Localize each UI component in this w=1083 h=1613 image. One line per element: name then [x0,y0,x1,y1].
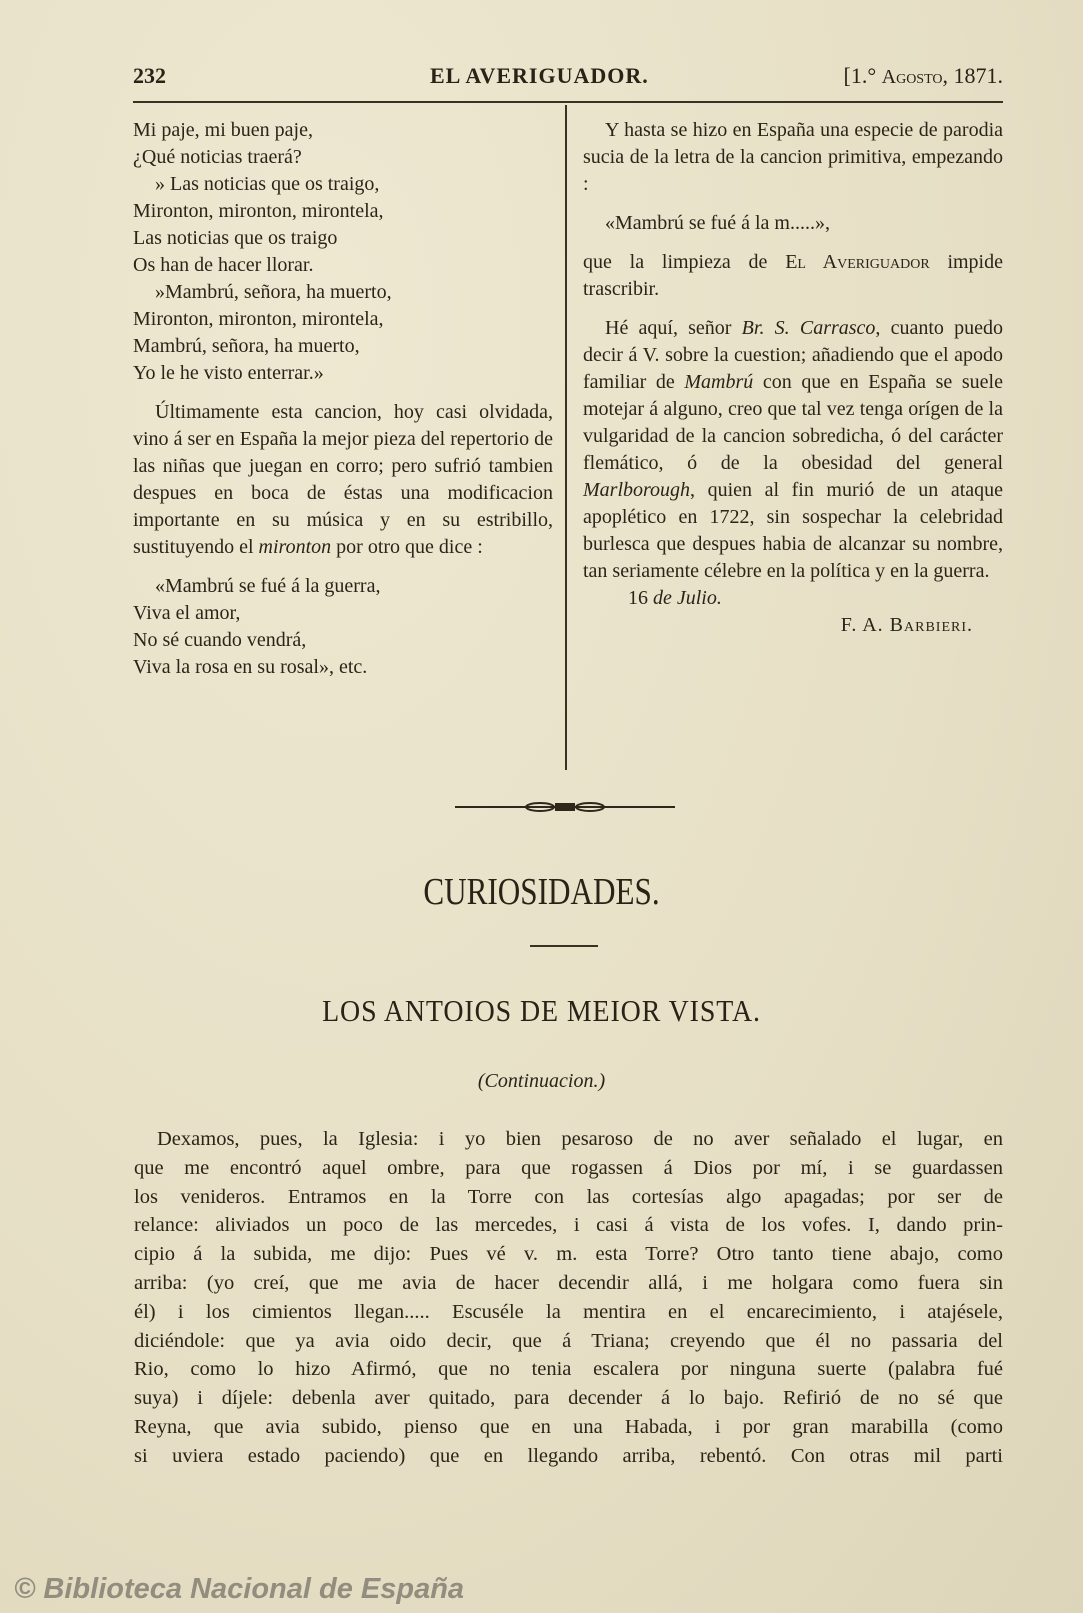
verse-line: Viva el amor, [133,600,553,627]
date-day: 16 [628,587,653,609]
body-line: Rio, como lo hizo Afirmó, que no tenia e… [134,1355,1003,1384]
publication-reference: El Averiguador [785,251,929,273]
ornament-divider-icon [455,800,675,814]
italic-name: Br. S. Carrasco [742,317,876,339]
verse-line: Mironton, mironton, mirontela, [133,198,553,225]
section-title: CURIOSIDADES. [97,870,985,914]
paragraph: Hé aquí, señor Br. S. Carrasco, cuanto p… [583,315,1003,585]
dateline: 16 de Julio. [583,585,1003,612]
body-line: él) i los cimientos llegan..... Escuséle… [134,1298,1003,1327]
column-divider [565,105,567,770]
body-line: suya) i díjele: debenla aver quitado, pa… [134,1384,1003,1413]
page-header: 232 EL AVERIGUADOR. [1.° Agosto, 1871. [133,63,1003,93]
italic-name: Mambrú [684,371,753,393]
verse-line: No sé cuando vendrá, [133,627,553,654]
italic-name: Marlborough [583,479,690,501]
body-line: Dexamos, pues, la Iglesia: i yo bien pes… [157,1125,1003,1154]
page-number: 232 [133,63,166,89]
paragraph: Y hasta se hizo en España una especie de… [583,117,1003,198]
quoted-verse: «Mambrú se fué á la m.....», [583,210,1003,237]
verse-2: «Mambrú se fué á la guerra, Viva el amor… [133,573,553,681]
body-line: diciéndole: que ya avia oido decir, que … [134,1327,1003,1356]
paragraph: Últimamente esta cancion, hoy casi olvid… [133,399,553,561]
italic-term: mironton [259,536,332,558]
date-suffix: , 1871. [943,63,1004,88]
verse-line: »Mambrú, señora, ha muerto, [133,279,553,306]
date-prefix: [1.° [844,63,882,88]
body-line: que me encontró aquel ombre, para que ro… [134,1154,1003,1183]
left-column: Mi paje, mi buen paje, ¿Qué noticias tra… [133,117,553,681]
verse-line: Viva la rosa en su rosal», etc. [133,654,553,681]
article-body: Dexamos, pues, la Iglesia: i yo bien pes… [157,1125,1003,1471]
header-rule [133,101,1003,103]
verse-1: Mi paje, mi buen paje, ¿Qué noticias tra… [133,117,553,387]
verse-line: Las noticias que os traigo [133,225,553,252]
author-signature: F. A. Barbieri. [583,612,1003,639]
verse-line: » Las noticias que os traigo, [133,171,553,198]
verse-line: Yo le he visto enterrar.» [133,360,553,387]
verse-line: Mi paje, mi buen paje, [133,117,553,144]
body-line: cipio á la subida, me dijo: Pues vé v. m… [134,1240,1003,1269]
body-line: los venideros. Entramos en la Torre con … [134,1183,1003,1212]
verse-line: Mironton, mironton, mirontela, [133,306,553,333]
body-line: Reyna, que avia subido, pienso que en un… [134,1413,1003,1442]
article-title: LOS ANTOIOS DE MEIOR VISTA. [54,993,1029,1029]
body-line: arriba: (yo creí, que me avia de hacer d… [134,1269,1003,1298]
verse-line: Mambrú, señora, ha muerto, [133,333,553,360]
verse-line: ¿Qué noticias traerá? [133,144,553,171]
text-run: Hé aquí, señor [605,317,742,339]
continuation-label: (Continuacion.) [0,1070,1083,1093]
issue-date: [1.° Agosto, 1871. [844,63,1003,89]
paragraph: que la limpieza de El Averiguador impide… [583,249,1003,303]
title-rule [530,945,598,947]
right-column: Y hasta se hizo en España una especie de… [583,117,1003,639]
verse-line: «Mambrú se fué á la guerra, [133,573,553,600]
date-month: de Julio. [653,587,722,609]
date-month: Agosto [882,66,943,88]
text-run: que la limpieza de [583,251,785,273]
publication-title: EL AVERIGUADOR. [430,63,649,89]
body-line: si uviera estado paciendo) que en llegan… [134,1442,1003,1471]
text-run: por otro que dice : [331,536,483,558]
library-watermark: © Biblioteca Nacional de España [14,1573,464,1606]
verse-line: Os han de hacer llorar. [133,252,553,279]
body-line: relance: aliviados un poco de las merced… [134,1211,1003,1240]
text-run: Últimamente esta cancion, hoy casi olvid… [133,401,553,558]
newspaper-page: 232 EL AVERIGUADOR. [1.° Agosto, 1871. M… [0,0,1083,1613]
